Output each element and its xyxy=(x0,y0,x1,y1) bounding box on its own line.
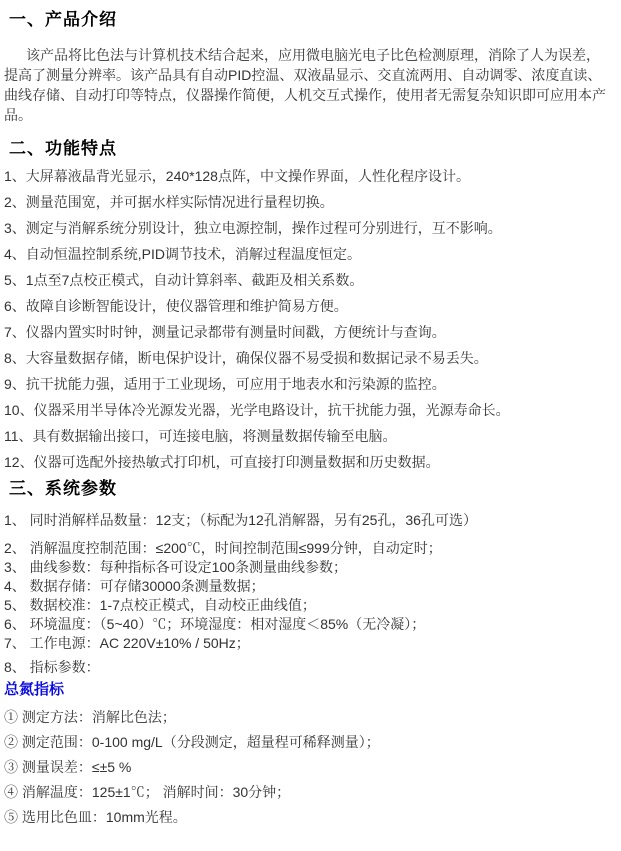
feature-item-4: 4、自动恒温控制系统,PID调节技术，消解过程温度恒定。 xyxy=(4,245,613,264)
feature-item-3: 3、测定与消解系统分别设计，独立电源控制，操作过程可分别进行，互不影响。 xyxy=(4,219,613,238)
feature-item-6: 6、故障自诊断智能设计，使仪器管理和维护简易方便。 xyxy=(4,297,613,316)
section-heading-features: 二、功能特点 xyxy=(9,139,613,159)
feature-item-11: 11、具有数据输出接口，可连接电脑，将测量数据传输至电脑。 xyxy=(4,427,613,446)
spec-item-digest-temp-range: 2、 消解温度控制范围：≤200℃，时间控制范围≤999分钟，自动定时； xyxy=(4,539,613,558)
feature-item-2: 2、测量范围宽，并可据水样实际情况进行量程切换。 xyxy=(4,193,613,212)
indicator-item-error: ③ 测量误差：≤±5 % xyxy=(4,758,613,777)
spec-tight-list: 2、 消解温度控制范围：≤200℃，时间控制范围≤999分钟，自动定时； 3、 … xyxy=(4,539,613,653)
indicator-heading-total-nitrogen: 总氮指标 xyxy=(4,680,613,699)
spec-item-curve-params: 3、 曲线参数：每种指标各可设定100条测量曲线参数； xyxy=(4,558,613,577)
feature-item-1: 1、大屏幕液晶背光显示，240*128点阵，中文操作界面，人性化程序设计。 xyxy=(4,167,613,186)
indicator-items-list: ① 测定方法：消解比色法； ② 测定范围：0-100 mg/L（分段测定，超量程… xyxy=(4,708,613,827)
indicator-item-range: ② 测定范围：0-100 mg/L（分段测定，超量程可稀释测量）； xyxy=(4,733,613,752)
spec-item-sample-count: 1、 同时消解样品数量：12支；（标配为12孔消解器，另有25孔，36孔可选） xyxy=(4,511,613,530)
features-list: 1、大屏幕液晶背光显示，240*128点阵，中文操作界面，人性化程序设计。 2、… xyxy=(4,167,613,472)
product-spec-document: 一、产品介绍 该产品将比色法与计算机技术结合起来，应用微电脑光电子比色检测原理，… xyxy=(0,0,621,851)
feature-item-5: 5、1点至7点校正模式，自动计算斜率、截距及相关系数。 xyxy=(4,271,613,290)
spec-item-indicator-params: 8、 指标参数： xyxy=(4,658,613,677)
section-heading-product-intro: 一、产品介绍 xyxy=(9,10,613,30)
indicator-item-digest-temp: ④ 消解温度：125±1℃； 消解时间：30分钟； xyxy=(4,783,613,802)
feature-item-7: 7、仪器内置实时时钟，测量记录都带有测量时间戳，方便统计与查询。 xyxy=(4,323,613,342)
indicator-item-cuvette: ⑤ 选用比色皿：10mm光程。 xyxy=(4,808,613,827)
section-heading-specs: 三、系统参数 xyxy=(9,479,613,499)
spec-item-data-calibration: 5、 数据校准：1-7点校正模式，自动校正曲线值； xyxy=(4,596,613,615)
spec-item-data-storage: 4、 数据存储：可存储30000条测量数据； xyxy=(4,577,613,596)
feature-item-8: 8、大容量数据存储，断电保护设计，确保仪器不易受损和数据记录不易丢失。 xyxy=(4,349,613,368)
spec-item-power-supply: 7、 工作电源：AC 220V±10% / 50Hz； xyxy=(4,634,613,653)
feature-item-10: 10、仪器采用半导体冷光源发光器，光学电路设计，抗干扰能力强，光源寿命长。 xyxy=(4,401,613,420)
spec-item-environment: 6、 环境温度：（5~40）℃；环境湿度：相对湿度＜85%（无冷凝）； xyxy=(4,615,613,634)
feature-item-12: 12、仪器可选配外接热敏式打印机，可直接打印测量数据和历史数据。 xyxy=(4,453,613,472)
product-intro-paragraph: 该产品将比色法与计算机技术结合起来，应用微电脑光电子比色检测原理，消除了人为误差… xyxy=(4,45,613,125)
feature-item-9: 9、抗干扰能力强，适用于工业现场，可应用于地表水和污染源的监控。 xyxy=(4,375,613,394)
indicator-item-method: ① 测定方法：消解比色法； xyxy=(4,708,613,727)
